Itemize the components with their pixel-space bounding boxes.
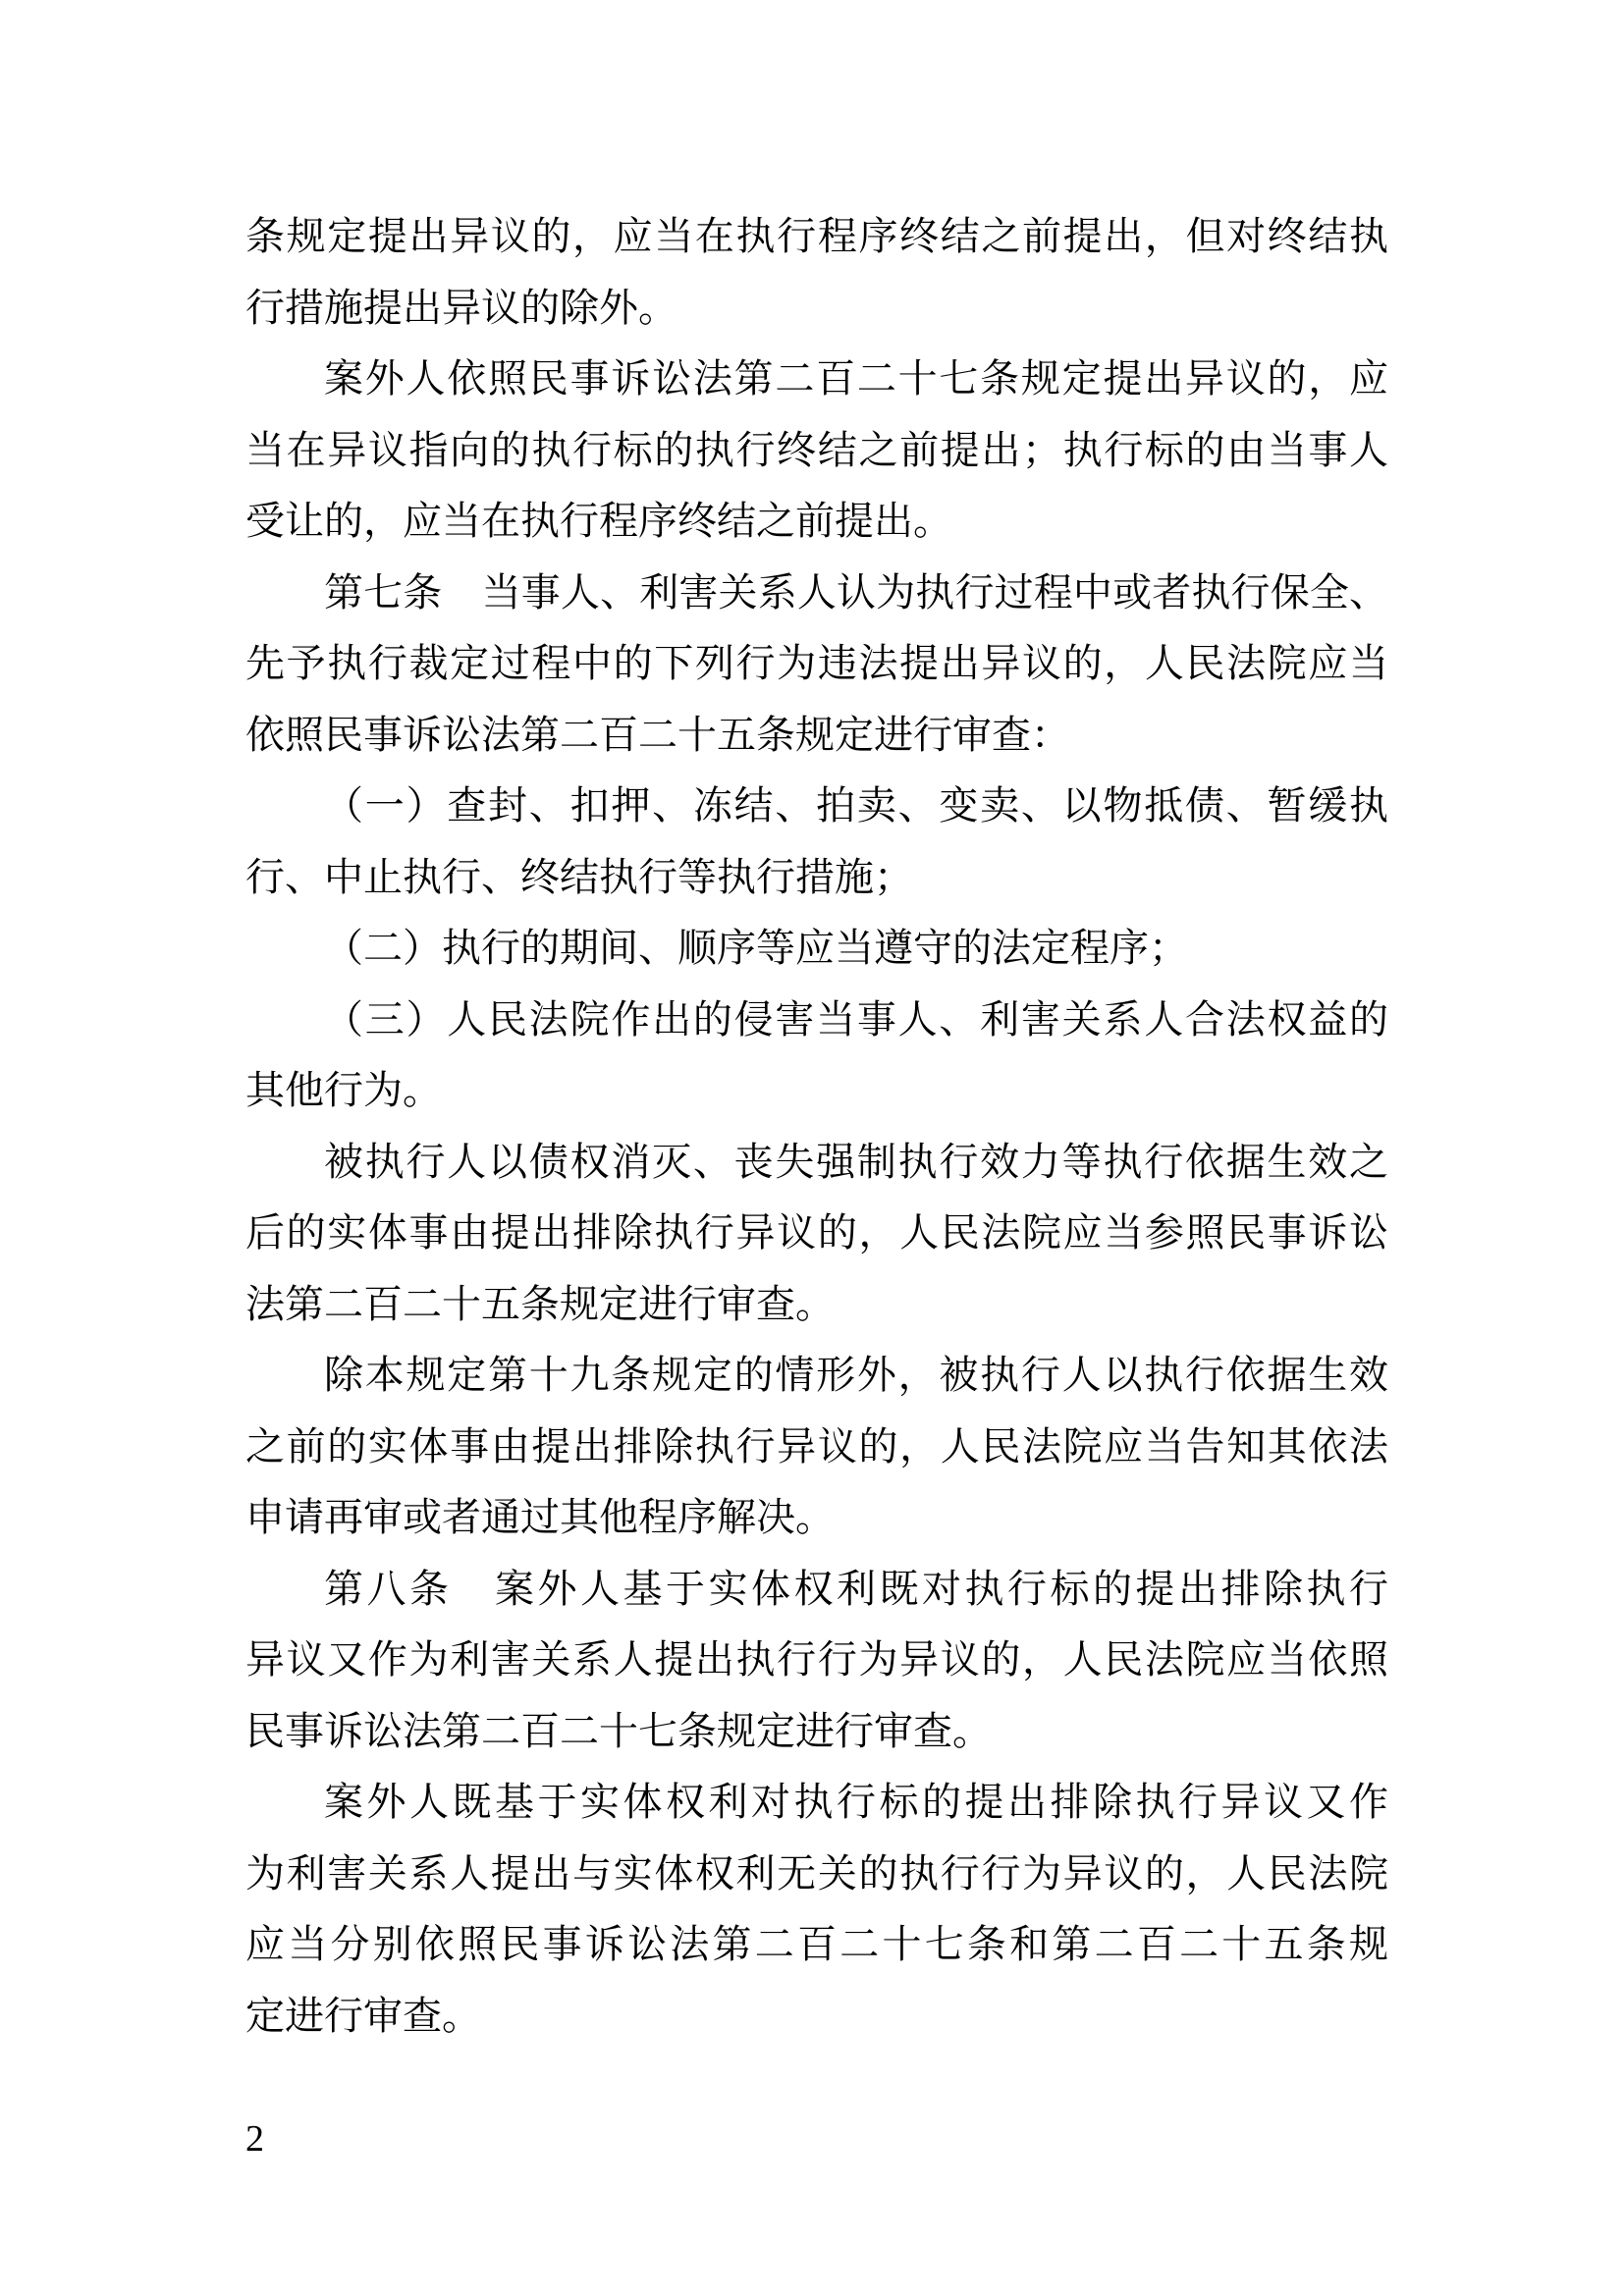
- text-line: 案外人既基于实体权利对执行标的提出排除执行异议又作: [245, 1767, 1388, 1839]
- text-line: 第八条 案外人基于实体权利既对执行标的提出排除执行: [245, 1554, 1388, 1626]
- text-line: 行措施提出异议的除外。: [245, 273, 1388, 345]
- text-line: 受让的，应当在执行程序终结之前提出。: [245, 486, 1388, 558]
- text-line: 后的实体事由提出排除执行异议的，人民法院应当参照民事诉讼: [245, 1198, 1388, 1269]
- text-line: 除本规定第十九条规定的情形外，被执行人以执行依据生效: [245, 1340, 1388, 1412]
- text-line: （三）人民法院作出的侵害当事人、利害关系人合法权益的: [245, 985, 1388, 1056]
- text-line: 其他行为。: [245, 1055, 1388, 1127]
- document-body-text: 条规定提出异议的，应当在执行程序终结之前提出，但对终结执 行措施提出异议的除外。…: [245, 201, 1388, 2052]
- text-line: 应当分别依照民事诉讼法第二百二十七条和第二百二十五条规: [245, 1909, 1388, 1981]
- text-line: 异议又作为利害关系人提出执行行为异议的，人民法院应当依照: [245, 1625, 1388, 1696]
- text-line: 当在异议指向的执行标的执行终结之前提出；执行标的由当事人: [245, 415, 1388, 487]
- text-line: 案外人依照民事诉讼法第二百二十七条规定提出异议的，应: [245, 344, 1388, 415]
- text-line: 之前的实体事由提出排除执行异议的，人民法院应当告知其依法: [245, 1412, 1388, 1483]
- text-line: 定进行审查。: [245, 1981, 1388, 2053]
- text-line: 民事诉讼法第二百二十七条规定进行审查。: [245, 1696, 1388, 1768]
- page-number: 2: [245, 2115, 264, 2163]
- document-page: 条规定提出异议的，应当在执行程序终结之前提出，但对终结执 行措施提出异议的除外。…: [0, 0, 1624, 2296]
- text-line: 条规定提出异议的，应当在执行程序终结之前提出，但对终结执: [245, 201, 1388, 273]
- text-line: 行、中止执行、终结执行等执行措施；: [245, 842, 1388, 914]
- text-line: （一）查封、扣押、冻结、拍卖、变卖、以物抵债、暂缓执: [245, 771, 1388, 842]
- text-line: 法第二百二十五条规定进行审查。: [245, 1269, 1388, 1341]
- text-line: 第七条 当事人、利害关系人认为执行过程中或者执行保全、: [245, 558, 1388, 629]
- text-line: 为利害关系人提出与实体权利无关的执行行为异议的，人民法院: [245, 1839, 1388, 1910]
- text-line: 被执行人以债权消灭、丧失强制执行效力等执行依据生效之: [245, 1127, 1388, 1199]
- text-line: 申请再审或者通过其他程序解决。: [245, 1482, 1388, 1554]
- text-line: （二）执行的期间、顺序等应当遵守的法定程序；: [245, 913, 1388, 985]
- text-line: 依照民事诉讼法第二百二十五条规定进行审查：: [245, 700, 1388, 772]
- text-line: 先予执行裁定过程中的下列行为违法提出异议的，人民法院应当: [245, 628, 1388, 700]
